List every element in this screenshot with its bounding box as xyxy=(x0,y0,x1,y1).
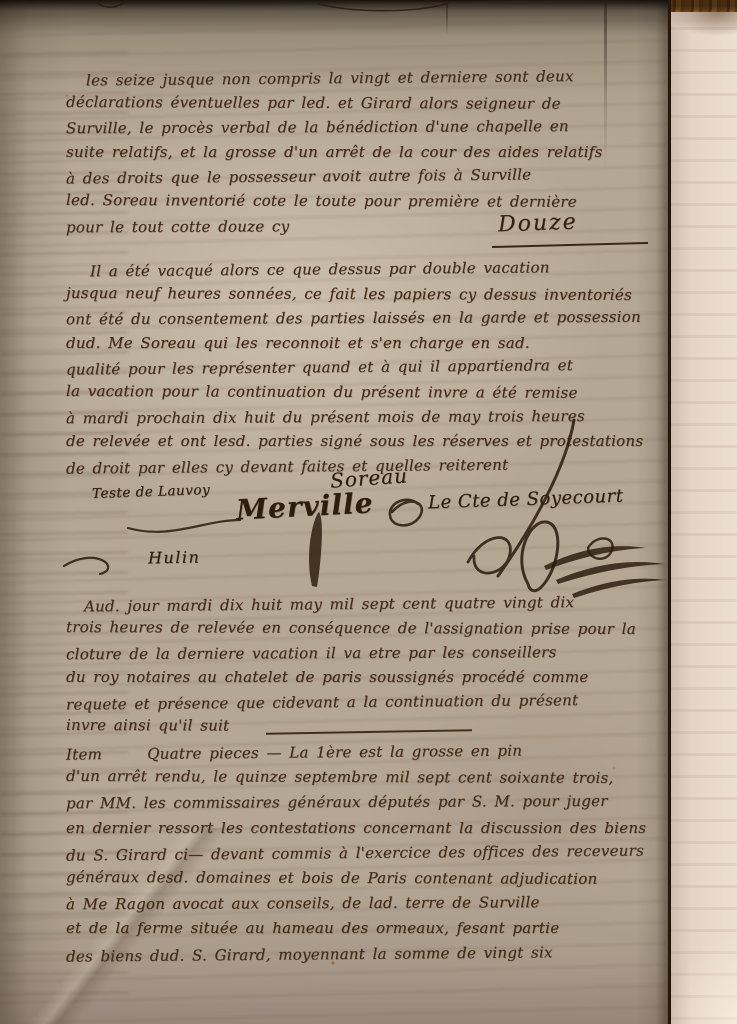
paper-crease xyxy=(446,0,448,36)
manuscript-line: Il a été vacqué alors ce que dessus par … xyxy=(66,254,656,284)
manuscript-line: requete et présence que cidevant a la co… xyxy=(66,687,656,717)
manuscript-line: des biens dud. S. Girard, moyennant la s… xyxy=(66,939,656,969)
paragraph-3: Aud. jour mardi dix huit may mil sept ce… xyxy=(66,592,656,738)
paragraph-2: Il a été vacqué alors ce que dessus par … xyxy=(66,257,656,478)
manuscript-line: et de la ferme située au hameau des orme… xyxy=(66,916,656,941)
manuscript-line: de relevée et ont lesd. parties signé so… xyxy=(66,429,656,454)
manuscript-line: ont été du consentement des parties lais… xyxy=(66,305,656,332)
manuscript-line: qualité pour les représenter quand et à … xyxy=(66,353,656,383)
manuscript-line: d'un arrêt rendu, le quinze septembre mi… xyxy=(66,764,656,791)
underlying-page xyxy=(666,12,737,1024)
manuscript-line: à Me Ragon avocat aux conseils, de lad. … xyxy=(66,890,656,918)
photograph: les seize jusque non compris la vingt et… xyxy=(0,0,737,1024)
manuscript-line: trois heures de relevée en conséquence d… xyxy=(66,615,656,641)
manuscript-line: déclarations éventuelles par led. et Gir… xyxy=(66,90,656,117)
manuscript-line: en dernier ressort les contestations con… xyxy=(66,816,656,841)
manuscript-line: généraux desd. domaines et bois de Paris… xyxy=(66,865,656,892)
cote-amount-word: Douze xyxy=(498,211,578,238)
manuscript-line: à mardi prochain dix huit du présent moi… xyxy=(66,403,656,430)
manuscript-line: Surville, le procès verbal de la bénédic… xyxy=(66,114,656,141)
manuscript-line: du roy notaires au chatelet de paris sou… xyxy=(66,665,656,689)
manuscript-line: suite relatifs, et la grosse d'un arrêt … xyxy=(66,140,656,165)
paragraph-4: Item Quatre pieces — La 1ère est la gros… xyxy=(66,740,656,967)
manuscript-page: les seize jusque non compris la vingt et… xyxy=(0,0,671,1024)
manuscript-line: jusqua neuf heures sonnées, ce fait les … xyxy=(66,281,656,308)
paragraph-1: les seize jusque non compris la vingt et… xyxy=(66,66,656,238)
manuscript-line: du S. Girard ci— devant commis à l'exerc… xyxy=(66,838,656,868)
manuscript-line: invre ainsi qu'il suit xyxy=(66,713,656,739)
manuscript-line: Item Quatre pieces — La 1ère est la gros… xyxy=(66,737,656,767)
manuscript-line: dud. Me Soreau qui les reconnoit et s'en… xyxy=(66,331,656,356)
manuscript-line: par MM. les commissaires généraux député… xyxy=(66,789,656,817)
manuscript-line: à des droits que le possesseur avoit aut… xyxy=(66,162,656,192)
manuscript-line: cloture de la derniere vacation il va et… xyxy=(66,640,656,667)
signature-hulin: Hulin xyxy=(148,548,201,568)
manuscript-line: la vacation pour la continuation du prés… xyxy=(66,379,656,406)
manuscript-line: les seize jusque non compris la vingt et… xyxy=(66,63,656,93)
